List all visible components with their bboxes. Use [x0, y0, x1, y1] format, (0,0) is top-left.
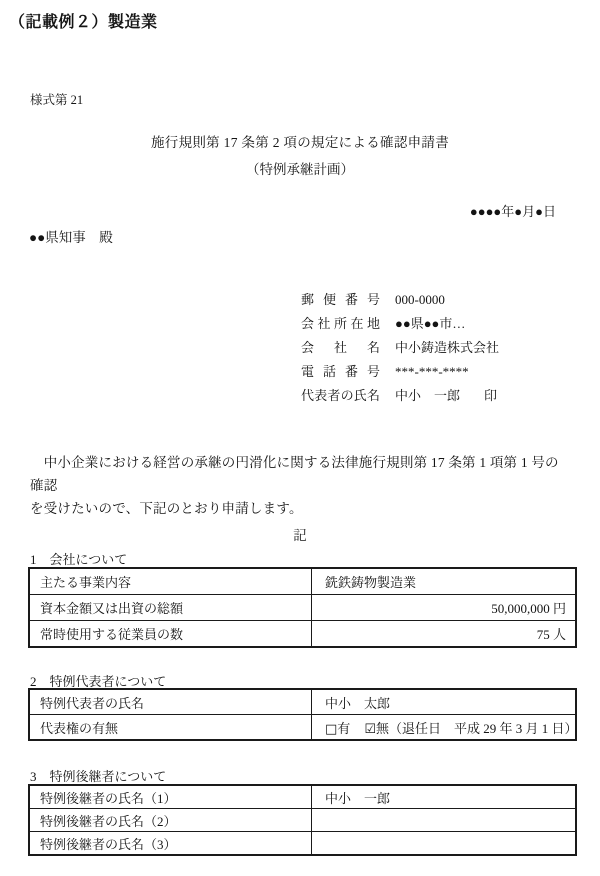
authority-option-yes-label: 有: [337, 721, 350, 736]
table-row: 代表権の有無 □有☑無（退任日 平成 29 年 3 月 1 日）: [29, 715, 576, 741]
representative-label: 代表者の氏名: [301, 384, 380, 408]
field-row-company: 会社名中小鋳造株式会社: [301, 336, 499, 360]
successor-name-1-label: 特例後継者の氏名（1）: [29, 785, 312, 809]
table-row: 特例後継者の氏名（1） 中小 一郎: [29, 785, 576, 809]
date-line: ●●●●年●月●日: [470, 201, 556, 220]
successor-name-3-label: 特例後継者の氏名（3）: [29, 832, 312, 856]
example-label: （記載例２）製造業: [9, 9, 158, 32]
field-row-address: 会社所在地●●県●●市…: [301, 312, 499, 336]
checkbox-unchecked-icon: □: [325, 722, 337, 737]
statement-line-2: を受けたいので、下記のとおり申請します。: [30, 501, 303, 516]
representative-value: 中小 一郎: [395, 388, 460, 403]
document-page: （記載例２）製造業 様式第 21 施行規則第 17 条第 2 項の規定による確認…: [0, 0, 600, 876]
authority-option-no-label: 無（退任日 平成 29 年 3 月 1 日）: [376, 721, 576, 736]
company-address-value: ●●県●●市…: [395, 316, 465, 331]
employees-value: 75 人: [312, 621, 577, 648]
special-representative-name-label: 特例代表者の氏名: [29, 689, 312, 715]
table-row: 常時使用する従業員の数 75 人: [29, 621, 576, 648]
section-heading-company: 1 会社について: [30, 549, 127, 568]
seal-mark: 印: [484, 388, 497, 403]
company-table: 主たる事業内容 銑鉄鋳物製造業 資本金額又は出資の総額 50,000,000 円…: [28, 567, 577, 648]
employees-label: 常時使用する従業員の数: [29, 621, 312, 648]
table-row: 特例後継者の氏名（3）: [29, 832, 576, 856]
company-name-label: 会社名: [301, 336, 380, 360]
checkbox-checked-icon: ☑: [364, 722, 376, 737]
special-successor-table: 特例後継者の氏名（1） 中小 一郎 特例後継者の氏名（2） 特例後継者の氏名（3…: [28, 784, 577, 856]
successor-name-2-label: 特例後継者の氏名（2）: [29, 809, 312, 832]
field-row-representative: 代表者の氏名中小 一郎印: [301, 384, 499, 408]
capital-value: 50,000,000 円: [312, 595, 577, 621]
applicant-block: 郵便番号000-0000 会社所在地●●県●●市… 会社名中小鋳造株式会社 電話…: [301, 288, 499, 408]
company-address-label: 会社所在地: [301, 312, 380, 336]
successor-name-1-value: 中小 一郎: [312, 785, 577, 809]
document-title: 施行規則第 17 条第 2 項の規定による確認申請書: [0, 131, 600, 151]
form-number: 様式第 21: [30, 90, 83, 108]
successor-name-3-value: [312, 832, 577, 856]
table-row: 特例後継者の氏名（2）: [29, 809, 576, 832]
table-row: 特例代表者の氏名 中小 太郎: [29, 689, 576, 715]
authority-value: □有☑無（退任日 平成 29 年 3 月 1 日）: [312, 715, 577, 741]
successor-name-2-value: [312, 809, 577, 832]
phone-label: 電話番号: [301, 360, 380, 384]
section-heading-successor: 3 特例後継者について: [30, 766, 166, 785]
phone-value: ***-***-****: [395, 364, 469, 379]
addressee-line: ●●県知事 殿: [29, 226, 113, 246]
capital-label: 資本金額又は出資の総額: [29, 595, 312, 621]
document-subtitle: （特例承継計画）: [0, 158, 600, 178]
record-mark: 記: [0, 524, 600, 544]
business-content-value: 銑鉄鋳物製造業: [312, 568, 577, 595]
postal-value: 000-0000: [395, 292, 445, 307]
special-representative-table: 特例代表者の氏名 中小 太郎 代表権の有無 □有☑無（退任日 平成 29 年 3…: [28, 688, 577, 741]
table-row: 主たる事業内容 銑鉄鋳物製造業: [29, 568, 576, 595]
company-name-value: 中小鋳造株式会社: [395, 340, 499, 355]
business-content-label: 主たる事業内容: [29, 568, 312, 595]
table-row: 資本金額又は出資の総額 50,000,000 円: [29, 595, 576, 621]
authority-label: 代表権の有無: [29, 715, 312, 741]
authority-option-no: ☑無（退任日 平成 29 年 3 月 1 日）: [364, 721, 576, 736]
special-representative-name-value: 中小 太郎: [312, 689, 577, 715]
application-statement: 中小企業における経営の承継の円滑化に関する法律施行規則第 17 条第 1 項第 …: [30, 451, 572, 520]
authority-option-yes: □有: [325, 721, 350, 736]
postal-label: 郵便番号: [301, 288, 380, 312]
field-row-phone: 電話番号***-***-****: [301, 360, 499, 384]
field-row-postal: 郵便番号000-0000: [301, 288, 499, 312]
statement-line-1: 中小企業における経営の承継の円滑化に関する法律施行規則第 17 条第 1 項第 …: [30, 455, 559, 493]
